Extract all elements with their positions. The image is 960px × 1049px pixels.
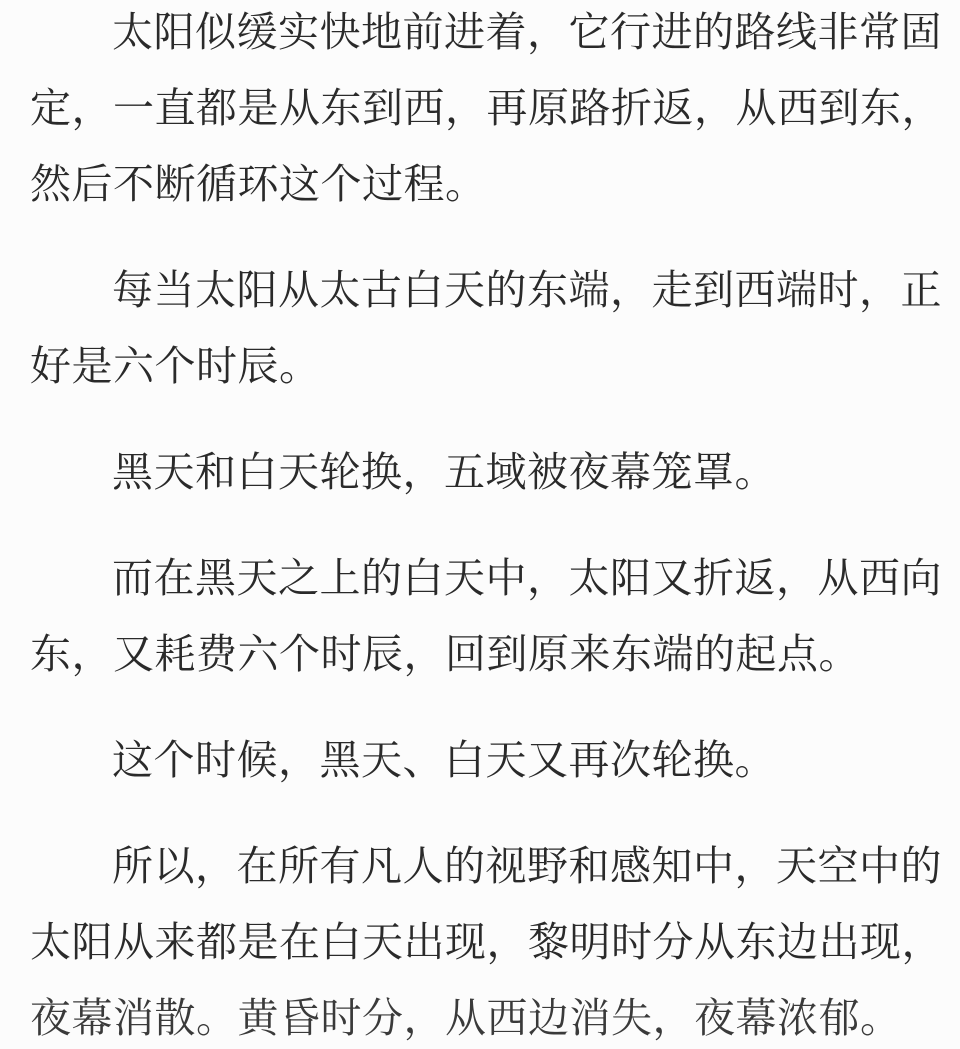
text-line: 这个时候，黑天、白天又再次轮换。 — [30, 722, 932, 798]
paragraph: 每当太阳从太古白天的东端，走到西端时，正好是六个时辰。 — [30, 252, 932, 404]
paragraph: 这个时候，黑天、白天又再次轮换。 — [30, 722, 932, 798]
text-line: 好是六个时辰。 — [30, 328, 932, 404]
paragraph: 黑天和白天轮换，五域被夜幕笼罩。 — [30, 434, 932, 510]
text-line: 夜幕消散。黄昏时分，从西边消失，夜幕浓郁。 — [30, 980, 932, 1049]
text-line: 定，一直都是从东到西，再原路折返，从西到东， — [30, 70, 932, 146]
text-line: 每当太阳从太古白天的东端，走到西端时，正 — [30, 252, 932, 328]
text-line: 黑天和白天轮换，五域被夜幕笼罩。 — [30, 434, 932, 510]
text-line: 太阳似缓实快地前进着，它行进的路线非常固 — [30, 0, 932, 70]
novel-text-body: 太阳似缓实快地前进着，它行进的路线非常固定，一直都是从东到西，再原路折返，从西到… — [30, 0, 932, 1049]
text-line: 而在黑天之上的白天中，太阳又折返，从西向 — [30, 540, 932, 616]
paragraph: 太阳似缓实快地前进着，它行进的路线非常固定，一直都是从东到西，再原路折返，从西到… — [30, 0, 932, 222]
reader-page: 太阳似缓实快地前进着，它行进的路线非常固定，一直都是从东到西，再原路折返，从西到… — [0, 0, 960, 1049]
text-line: 东，又耗费六个时辰，回到原来东端的起点。 — [30, 616, 932, 692]
paragraph: 而在黑天之上的白天中，太阳又折返，从西向东，又耗费六个时辰，回到原来东端的起点。 — [30, 540, 932, 692]
paragraph: 所以，在所有凡人的视野和感知中，天空中的太阳从来都是在白天出现，黎明时分从东边出… — [30, 828, 932, 1049]
text-line: 然后不断循环这个过程。 — [30, 146, 932, 222]
text-line: 太阳从来都是在白天出现，黎明时分从东边出现， — [30, 904, 932, 980]
text-line: 所以，在所有凡人的视野和感知中，天空中的 — [30, 828, 932, 904]
